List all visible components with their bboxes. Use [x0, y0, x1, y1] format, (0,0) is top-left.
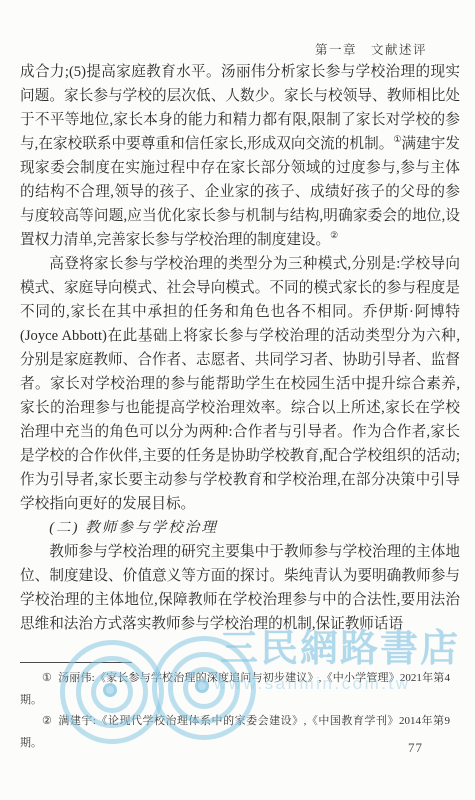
paragraph-parent-participation-types: 高登将家长参与学校治理的类型分为三种模式,分别是:学校导向模式、家庭导向模式、社…	[20, 252, 460, 516]
chapter-label: 第一章	[315, 43, 357, 57]
footnote-2-text: 满建宇:《论现代学校治理体系中的家委会建设》,《中国教育学刊》2014年第9期。	[20, 715, 450, 749]
footnote-separator	[20, 662, 132, 663]
book-page: 第一章文献述评 成合力;(5)提高家庭教育水平。汤丽伟分析家长参与学校治理的现实…	[0, 0, 475, 800]
paragraph-text: 满建宇发现家委会制度在实施过程中存在家长部分领域的过度参与,参与主体的结构不合理…	[20, 136, 460, 248]
sub-heading-teacher-governance: (二) 教师参与学校治理	[20, 516, 460, 540]
footnote-1: ①汤丽伟:《家长参与学校治理的深度追问与初步建议》,《中小学管理》2021年第4…	[20, 668, 450, 711]
footnote-1-marker: ①	[42, 672, 52, 684]
footnote-1-text: 汤丽伟:《家长参与学校治理的深度追问与初步建议》,《中小学管理》2021年第4期…	[20, 672, 450, 706]
paragraph-parent-governance-issues: 成合力;(5)提高家庭教育水平。汤丽伟分析家长参与学校治理的现实问题。家长参与学…	[20, 60, 460, 252]
footnote-2-marker: ②	[42, 715, 52, 727]
paragraph-teacher-governance: 教师参与学校治理的研究主要集中于教师参与学校治理的主体地位、制度建设、价值意义等…	[20, 540, 460, 636]
footnote-ref-2: ②	[330, 230, 338, 240]
body-text-block: 成合力;(5)提高家庭教育水平。汤丽伟分析家长参与学校治理的现实问题。家长参与学…	[20, 60, 460, 636]
page-number: 77	[408, 740, 423, 756]
running-header: 第一章文献述评	[0, 40, 427, 58]
section-label: 文献述评	[371, 43, 427, 57]
footnote-2: ②满建宇:《论现代学校治理体系中的家委会建设》,《中国教育学刊》2014年第9期…	[20, 711, 450, 754]
footnotes: ①汤丽伟:《家长参与学校治理的深度追问与初步建议》,《中小学管理》2021年第4…	[20, 668, 450, 754]
